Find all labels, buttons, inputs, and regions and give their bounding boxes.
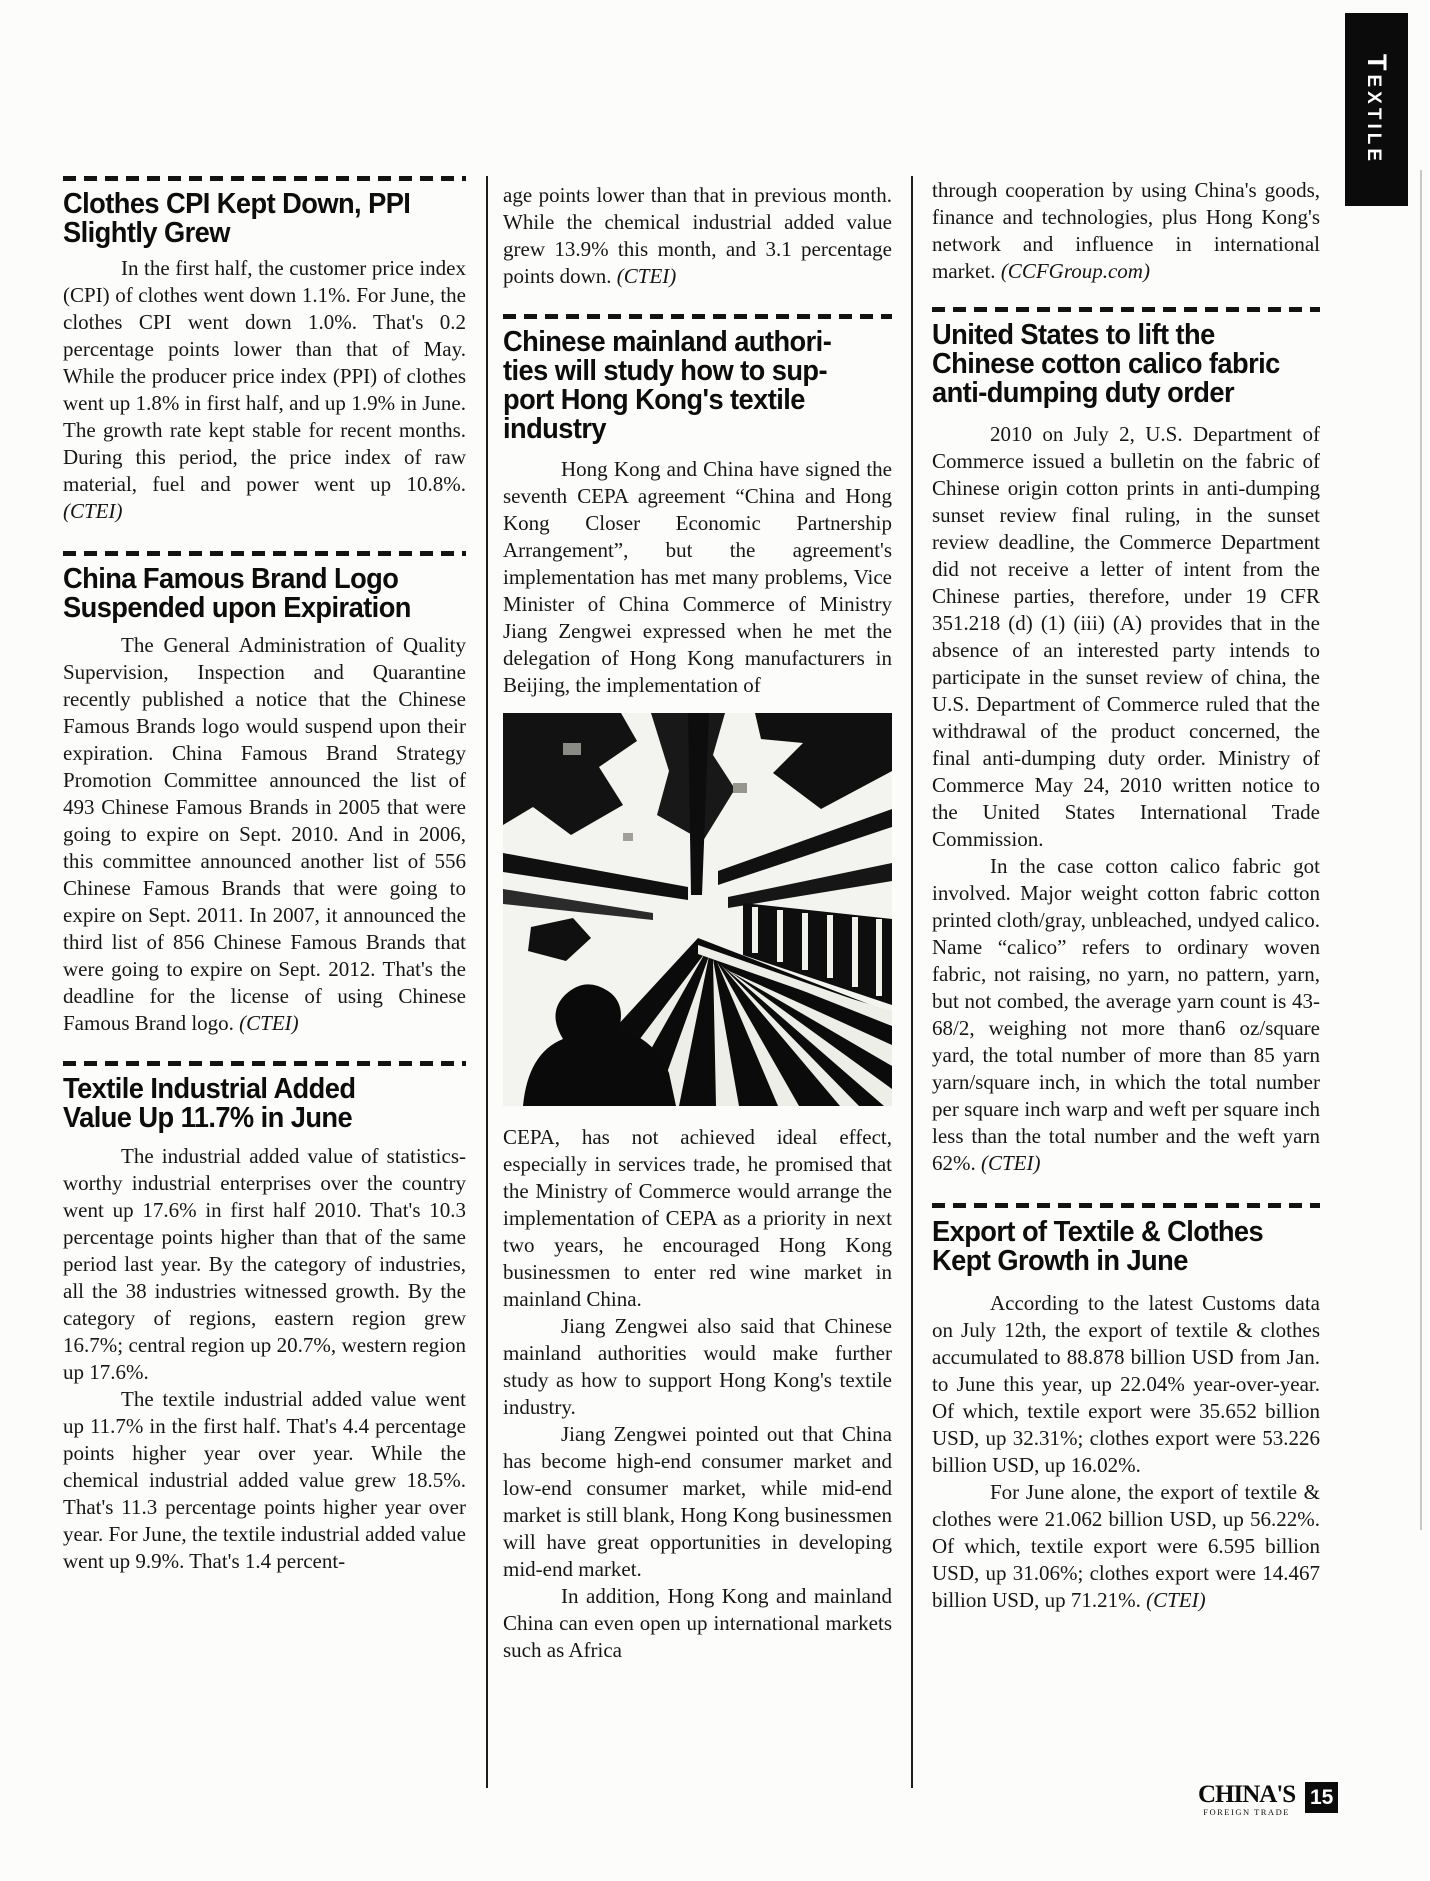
paragraph-text: The General Administration of Quality Su… (63, 633, 466, 1035)
article-paragraph: Hong Kong and China have signed the seve… (503, 456, 892, 699)
dashed-separator (63, 176, 466, 181)
page-footer: CHINA'S FOREIGN TRADE 15 (1198, 1782, 1338, 1817)
section-tab-label: Textile (1361, 54, 1392, 165)
source-credit: (CCFGroup.com) (1001, 259, 1150, 283)
source-credit: (CTEI) (981, 1151, 1041, 1175)
column-divider (486, 176, 488, 1788)
source-credit: (CTEI) (1146, 1588, 1206, 1612)
paragraph-text: For June alone, the export of textile & … (932, 1480, 1320, 1612)
article-title-famous-brand: China Famous Brand Logo Suspended upon E… (63, 565, 442, 623)
article-title-industrial-added-value: Textile Industrial Added Value Up 11.7% … (63, 1075, 442, 1133)
article-paragraph: CEPA, has not achieved ideal effect, esp… (503, 1124, 892, 1313)
factory-photo (503, 713, 892, 1106)
article-title-us-antidumping: United States to lift the Chinese cotton… (932, 321, 1297, 408)
article-paragraph-continuation: age points lower than that in previous m… (503, 182, 892, 290)
dashed-separator (503, 314, 892, 319)
section-tab-textile: Textile (1345, 13, 1408, 206)
article-paragraph: In addition, Hong Kong and mainland Chin… (503, 1583, 892, 1664)
column-2: age points lower than that in previous m… (503, 0, 892, 1664)
paragraph-text: In the first half, the customer price in… (63, 256, 466, 496)
article-paragraph-continuation: through cooperation by using China's goo… (932, 177, 1320, 285)
page-number: 15 (1310, 1786, 1333, 1810)
article-paragraph: Jiang Zengwei also said that Chinese mai… (503, 1313, 892, 1421)
article-paragraph: According to the latest Customs data on … (932, 1290, 1320, 1479)
logo-subtitle: FOREIGN TRADE (1198, 1808, 1295, 1817)
magazine-page: Textile Clothes CPI Kept Down, PPI Sligh… (0, 0, 1430, 1881)
article-title-clothes-cpi: Clothes CPI Kept Down, PPI Slightly Grew (63, 190, 442, 248)
column-3: through cooperation by using China's goo… (932, 0, 1320, 1614)
source-credit: (CTEI) (617, 264, 677, 288)
column-divider (911, 176, 913, 1788)
magazine-logo: CHINA'S FOREIGN TRADE (1198, 1782, 1295, 1817)
article-paragraph: In the case cotton calico fabric got inv… (932, 853, 1320, 1177)
dashed-separator (63, 1061, 466, 1066)
scan-edge-artifact (1420, 170, 1422, 1530)
article-title-mainland-support-hk: Chinese mainland authori- ties will stud… (503, 328, 869, 444)
article-paragraph: The General Administration of Quality Su… (63, 632, 466, 1037)
article-paragraph: The textile industrial added value went … (63, 1386, 466, 1575)
article-paragraph: Jiang Zengwei pointed out that China has… (503, 1421, 892, 1583)
article-paragraph: The industrial added value of statistics… (63, 1143, 466, 1386)
source-credit: (CTEI) (239, 1011, 299, 1035)
logo-title: CHINA'S (1198, 1782, 1295, 1807)
dashed-separator (63, 551, 466, 556)
column-1: Clothes CPI Kept Down, PPI Slightly Grew… (63, 0, 466, 1575)
paragraph-text: age points lower than that in previous m… (503, 183, 892, 288)
dashed-separator (932, 1203, 1320, 1208)
page-number-badge: 15 (1305, 1782, 1338, 1813)
article-paragraph: 2010 on July 2, U.S. Department of Comme… (932, 421, 1320, 853)
article-paragraph: In the first half, the customer price in… (63, 255, 466, 525)
source-credit: (CTEI) (63, 499, 123, 523)
dashed-separator (932, 307, 1320, 312)
paragraph-text: In the case cotton calico fabric got inv… (932, 854, 1320, 1175)
factory-photo-illustration (503, 713, 892, 1106)
article-paragraph: For June alone, the export of textile & … (932, 1479, 1320, 1614)
article-title-export-growth: Export of Textile & Clothes Kept Growth … (932, 1218, 1297, 1276)
